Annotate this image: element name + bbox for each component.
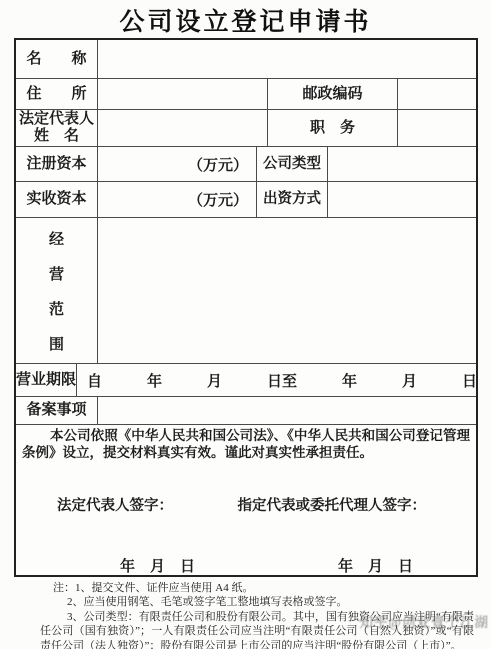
form-row-address: 住 所 邮政编码 [16, 79, 476, 110]
legal-rep-name-label: 法定代表人 姓 名 [16, 110, 98, 146]
address-label: 住 所 [16, 79, 98, 109]
note-line-1: 注：1、提交文件、证件应当使用 A4 纸。 [40, 581, 474, 595]
form-row-declaration: 本公司依照《中华人民共和国公司法》、《中华人民共和国公司登记管理条例》设立，提交… [16, 425, 476, 576]
company-type-label: 公司类型 [257, 147, 328, 181]
legal-rep-signature-label: 法定代表人签字： [57, 494, 173, 515]
business-scope-input[interactable] [98, 218, 476, 363]
funding-method-input[interactable] [328, 182, 476, 217]
page-title: 公司设立登记申请书 [0, 2, 491, 38]
position-label: 职 务 [268, 110, 398, 146]
funding-method-label: 出资方式 [257, 182, 328, 217]
form-row-legal-rep: 法定代表人 姓 名 职 务 [16, 110, 476, 147]
business-scope-char-3: 范 [49, 298, 64, 319]
postal-code-label: 邮政编码 [268, 79, 398, 109]
footer-notes: 注：1、提交文件、证件应当使用 A4 纸。 2、应当使用钢笔、毛笔或签字笔工整地… [40, 581, 474, 649]
business-scope-char-4: 围 [49, 333, 64, 354]
legal-rep-name-input[interactable] [98, 110, 268, 146]
name-input[interactable] [98, 40, 476, 78]
declaration-section: 本公司依照《中华人民共和国公司法》、《中华人民共和国公司登记管理条例》设立，提交… [16, 425, 476, 576]
business-scope-char-2: 营 [49, 263, 64, 284]
registered-capital-unit: （万元） [188, 154, 248, 175]
note-line-3: 3、公司类型：有限责任公司和股份有限公司。其中，国有独资公司应当注明“有限责任公… [40, 610, 474, 649]
paid-in-capital-unit: （万元） [188, 189, 248, 210]
postal-code-input[interactable] [398, 79, 476, 109]
form-row-filing-matters: 备案事项 [16, 397, 476, 425]
paid-in-capital-input[interactable]: （万元） [98, 182, 257, 217]
declaration-text: 本公司依照《中华人民共和国公司法》、《中华人民共和国公司登记管理条例》设立，提交… [22, 428, 470, 461]
note-line-2: 2、应当使用钢笔、毛笔或签字笔工整地填写表格或签字。 [40, 595, 474, 609]
legal-rep-label-line2: 姓 名 [34, 128, 79, 145]
form-row-paid-in-capital: 实收资本 （万元） 出资方式 [16, 182, 476, 218]
filing-matters-input[interactable] [98, 397, 476, 424]
filing-matters-label: 备案事项 [16, 397, 98, 424]
registered-capital-label: 注册资本 [16, 147, 98, 181]
agent-signature-date[interactable]: 年 月 日 [338, 555, 413, 576]
business-term-label: 营业期限 [16, 364, 77, 396]
position-input[interactable] [398, 110, 476, 146]
name-label: 名 称 [16, 40, 98, 78]
form-row-name: 名 称 [16, 40, 476, 79]
address-input[interactable] [98, 79, 268, 109]
signature-dates-row: 年 月 日 年 月 日 [22, 555, 470, 576]
registration-form-table: 名 称 住 所 邮政编码 法定代表人 姓 名 职 务 注册资本 （万元） 公司类… [14, 38, 478, 577]
form-row-registered-capital: 注册资本 （万元） 公司类型 [16, 147, 476, 182]
legal-rep-signature-date[interactable]: 年 月 日 [120, 555, 195, 576]
form-row-business-scope: 经 营 范 围 [16, 218, 476, 364]
paid-in-capital-label: 实收资本 [16, 182, 98, 217]
form-row-business-term: 营业期限 自 年 月 日至 年 月 日 [16, 364, 476, 397]
legal-rep-label-line1: 法定代表人 [19, 111, 94, 128]
company-type-input[interactable] [328, 147, 476, 181]
agent-signature-label: 指定代表或委托代理人签字： [238, 494, 427, 515]
registered-capital-input[interactable]: （万元） [98, 147, 257, 181]
signature-labels-row: 法定代表人签字： 指定代表或委托代理人签字： [22, 494, 470, 515]
business-term-input[interactable]: 自 年 月 日至 年 月 日 [77, 364, 477, 396]
business-scope-char-1: 经 [49, 228, 64, 249]
business-scope-label: 经 营 范 围 [16, 218, 98, 363]
